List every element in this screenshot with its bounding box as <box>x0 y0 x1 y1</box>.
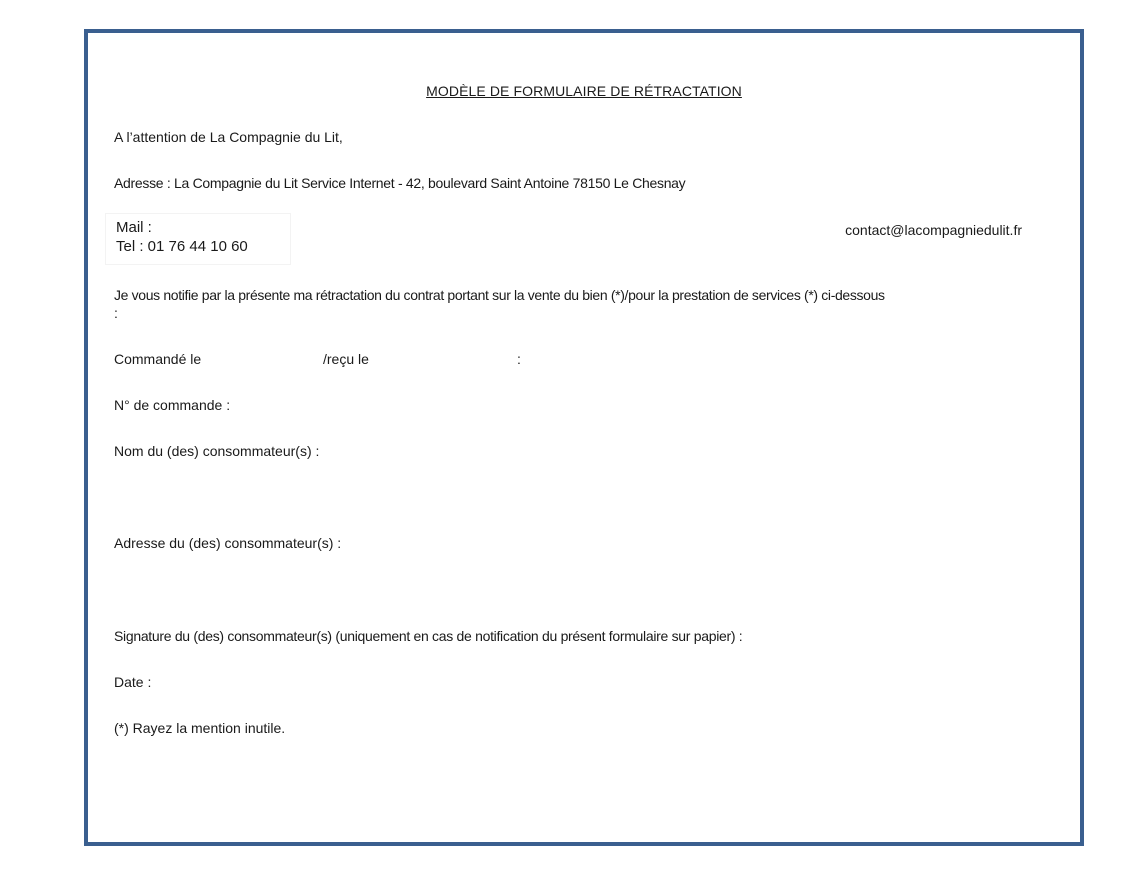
attention-line: A l’attention de La Compagnie du Lit, <box>114 128 343 146</box>
company-address: Adresse : La Compagnie du Lit Service In… <box>114 174 685 192</box>
document-title: MODÈLE DE FORMULAIRE DE RÉTRACTATION <box>88 82 1080 100</box>
phone-number: Tel : 01 76 44 10 60 <box>116 238 248 256</box>
notification-colon: : <box>114 304 118 322</box>
mail-label: Mail : <box>116 219 152 237</box>
consumer-address-label: Adresse du (des) consommateur(s) : <box>114 534 341 552</box>
received-date-colon: : <box>517 350 521 368</box>
contact-email[interactable]: contact@lacompagniedulit.fr <box>845 221 1022 239</box>
notification-statement: Je vous notifie par la présente ma rétra… <box>114 286 1029 304</box>
order-number-label: N° de commande : <box>114 396 230 414</box>
document-frame: MODÈLE DE FORMULAIRE DE RÉTRACTATION A l… <box>84 29 1084 846</box>
date-label: Date : <box>114 673 151 691</box>
contact-box: Mail : Tel : 01 76 44 10 60 <box>105 213 291 265</box>
ordered-date-label: Commandé le <box>114 350 201 368</box>
consumer-name-label: Nom du (des) consommateur(s) : <box>114 442 319 460</box>
signature-label: Signature du (des) consommateur(s) (uniq… <box>114 627 742 645</box>
footnote: (*) Rayez la mention inutile. <box>114 719 285 737</box>
received-date-label: /reçu le <box>323 350 369 368</box>
